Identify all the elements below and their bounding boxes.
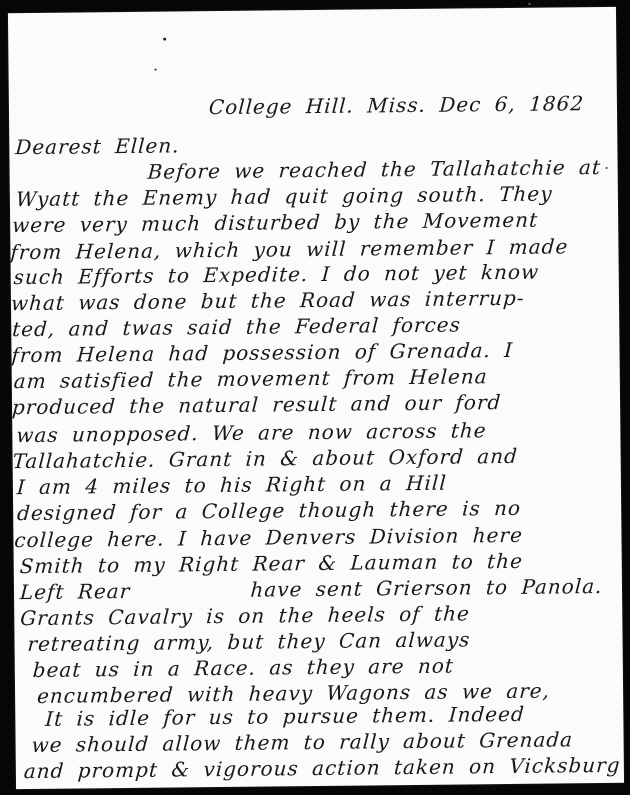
- letter-line: ted, and twas said the Federal forces: [12, 312, 462, 341]
- letter-line: Tallahatchie. Grant in & about Oxford an…: [12, 444, 519, 473]
- salutation: Dearest Ellen.: [15, 133, 181, 159]
- letter-line: designed for a College though there is n…: [16, 496, 521, 525]
- letter-line: what was done but the Road was interrup-: [10, 286, 525, 315]
- letter-line: such Efforts to Expedite. I do not yet k…: [13, 260, 540, 290]
- letter-line: Wyatt the Enemy had quit going south. Th…: [15, 182, 553, 212]
- letter-line: retreating army, but they Can always: [27, 627, 471, 656]
- letter-line: Grants Cavalry is on the heels of the: [20, 601, 471, 630]
- dateline: College Hill. Miss. Dec 6, 1862: [208, 91, 585, 119]
- letter-line: college here. I have Denvers Division he…: [14, 523, 524, 552]
- letter-line: am satisfied the movement from Helena: [13, 364, 488, 393]
- letter-line: Left Rear have sent Grierson to Panola.: [19, 574, 603, 604]
- letter-line: Smith to my Right Rear & Lauman to the: [19, 549, 524, 578]
- scan-speck: [528, 3, 531, 5]
- scan-speck: [155, 69, 157, 71]
- letter-line: Before we reached the Tallahatchie at: [147, 155, 602, 184]
- letter-line: was unopposed. We are now across the: [16, 418, 488, 447]
- letter-line: produced the natural result and our ford: [11, 390, 502, 419]
- letter-line: were very much disturbed by the Movement: [11, 208, 538, 238]
- letter-line: from Helena had possession of Grenada. I: [11, 338, 514, 367]
- letter-line: It is idle for us to pursue them. Indeed: [45, 702, 526, 731]
- scanned-letter-page: College Hill. Miss. Dec 6, 1862 Dearest …: [0, 0, 630, 795]
- letter-line: we should allow them to rally about Gren…: [31, 727, 574, 757]
- scan-speck: [163, 38, 166, 41]
- letter-paper: College Hill. Miss. Dec 6, 1862 Dearest …: [8, 7, 624, 789]
- letter-line: and prompt & vigorous action taken on Vi…: [23, 753, 621, 783]
- letter-line: I am 4 miles to his Right on a Hill: [16, 471, 447, 500]
- scan-speck: [606, 167, 608, 169]
- letter-line: beat us in a Race. as they are not: [32, 654, 455, 682]
